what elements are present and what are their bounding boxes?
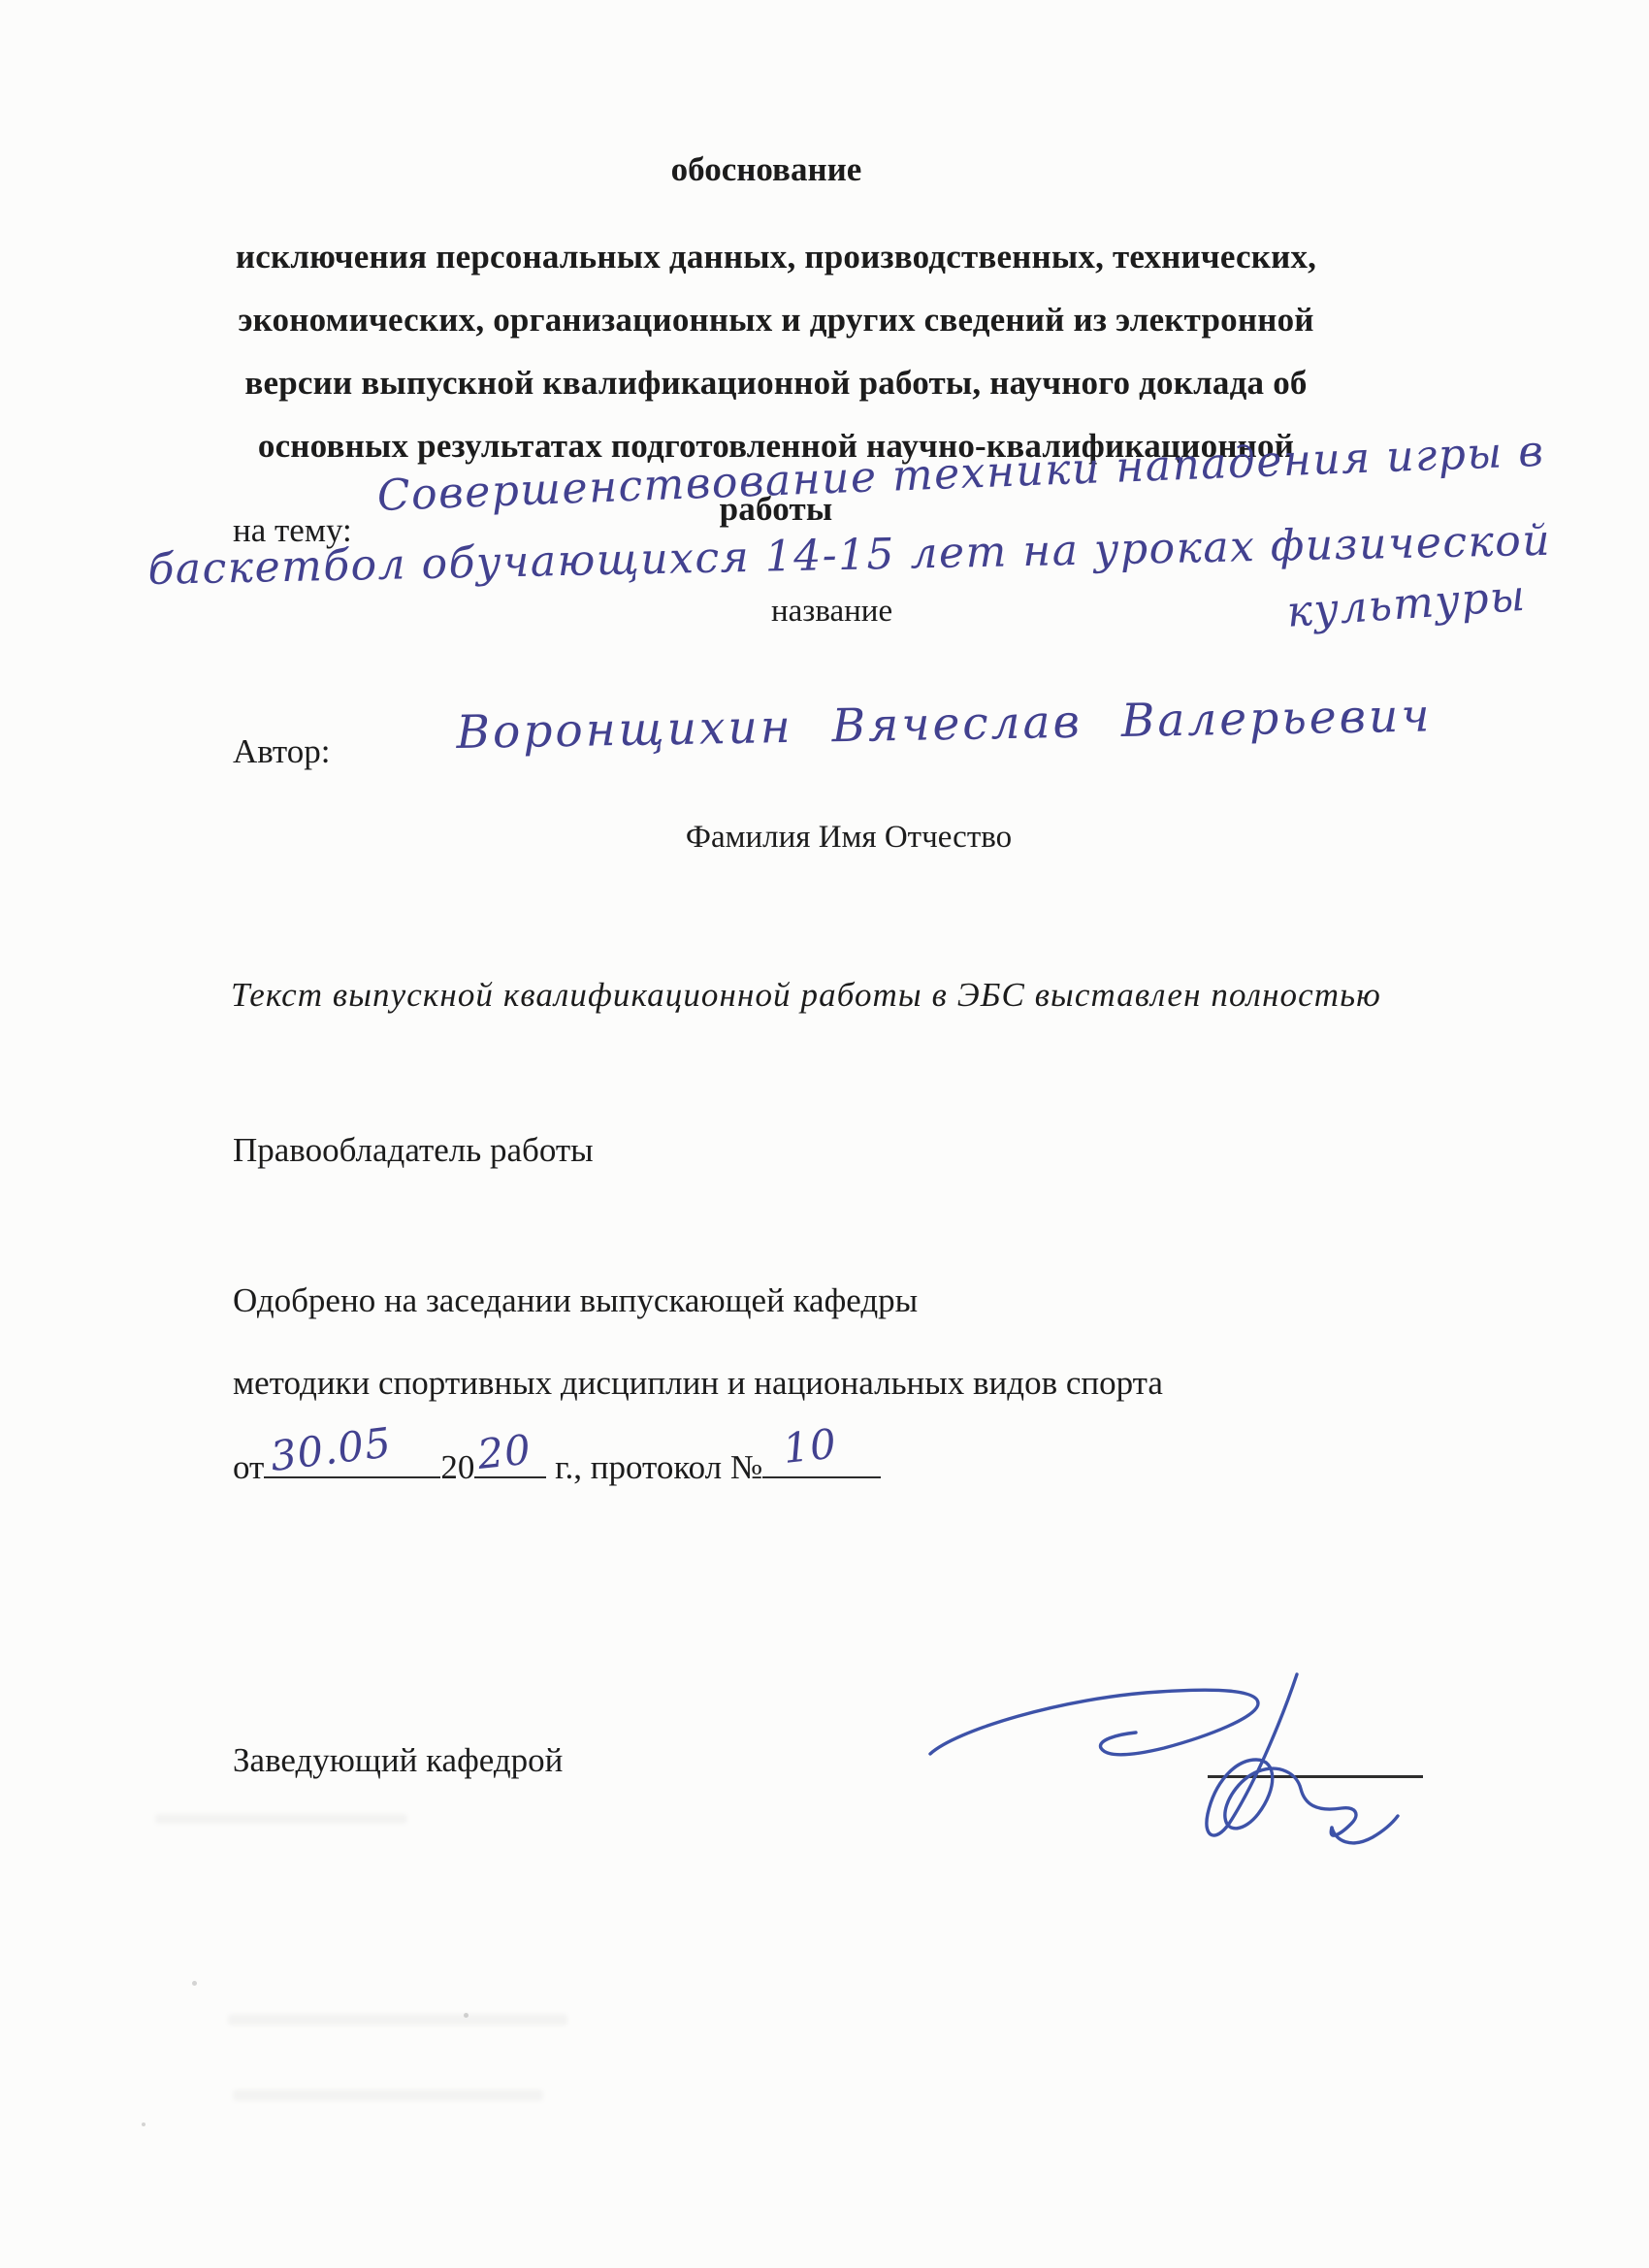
scanned-document-page: обоснование исключения персональных данн… [0, 0, 1649, 2268]
author-label: Автор: [233, 729, 331, 774]
scan-smudge [155, 1814, 407, 1824]
date-suffix: г., протокол № [546, 1448, 762, 1486]
scan-speckle [142, 2122, 145, 2126]
exclusion-paragraph-line-1: исключения персональных данных, производ… [145, 225, 1406, 288]
approval-line-1: Одобрено на заседании выпускающей кафедр… [233, 1279, 918, 1323]
rightsholder-label: Правообладатель работы [233, 1128, 594, 1173]
scan-smudge [233, 2090, 543, 2101]
date-blank-field: 30.05 [264, 1442, 440, 1478]
year-printed-prefix: 20 [440, 1448, 474, 1486]
year-handwritten-value: 20 [475, 1425, 533, 1478]
protocol-number-handwritten-value: 10 [781, 1419, 839, 1473]
author-caption: Фамилия Имя Отчество [170, 820, 1528, 856]
exclusion-paragraph-line-3: версии выпускной квалификационной работы… [145, 351, 1406, 414]
author-handwritten-name: Воронщихин Вячеслав Валерьевич [456, 689, 1433, 760]
exclusion-paragraph-line-2: экономических, организационных и других … [145, 288, 1406, 351]
protocol-date-line: от30.052020 г., протокол №10 [233, 1442, 881, 1487]
protocol-number-blank-field: 10 [762, 1442, 881, 1478]
ebs-statement: Текст выпускной квалификационной работы … [231, 973, 1381, 1018]
approval-line-2: методики спортивных дисциплин и национал… [233, 1361, 1163, 1406]
signature [917, 1670, 1445, 1855]
year-blank-field: 20 [474, 1442, 546, 1478]
scan-speckle [192, 1981, 197, 1986]
date-handwritten-value: 30.05 [268, 1418, 394, 1480]
topic-caption: название [771, 594, 892, 630]
date-prefix: от [233, 1448, 264, 1486]
scan-smudge [228, 2014, 567, 2025]
topic-handwritten-line-3: культуры [1285, 571, 1528, 637]
page-title: обоснование [0, 147, 1533, 192]
head-of-department-label: Заведующий кафедрой [233, 1738, 563, 1783]
